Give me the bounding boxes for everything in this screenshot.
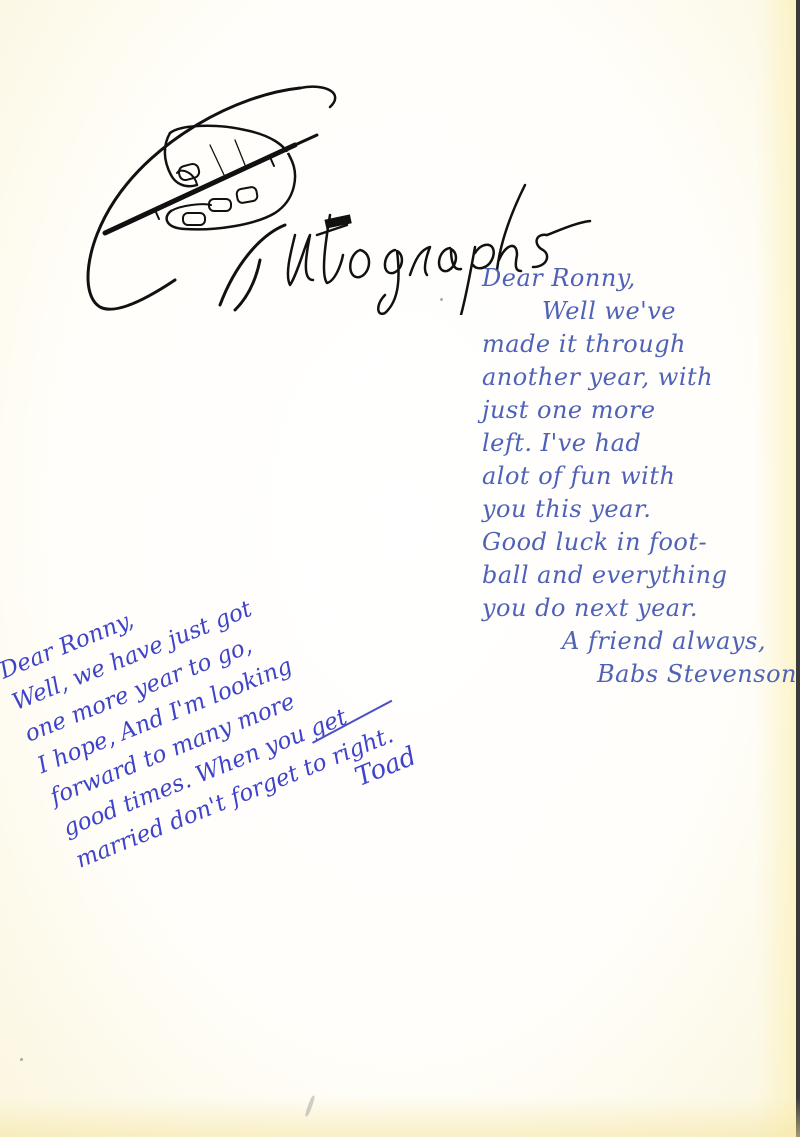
- note-line: Good luck in foot-: [482, 526, 800, 559]
- yearbook-page: Autographs: [0, 0, 800, 1137]
- paper-speck: [20, 1058, 23, 1061]
- note-line: made it through: [482, 328, 800, 361]
- note-line: another year, with: [482, 361, 800, 394]
- note-line: you do next year.: [482, 592, 800, 625]
- autograph-note-toad: Dear Ronny, Well, we have just got one m…: [0, 499, 483, 903]
- note-closing: A friend always,: [482, 625, 800, 658]
- autograph-note-babs: Dear Ronny, Well we've made it through a…: [482, 262, 800, 691]
- note-signature: Babs Stevenson: [482, 658, 800, 691]
- note-line: you this year.: [482, 493, 800, 526]
- note-greeting: Dear Ronny,: [482, 262, 800, 295]
- note-line: alot of fun with: [482, 460, 800, 493]
- note-line: left. I've had: [482, 427, 800, 460]
- page-bottom-stain: [0, 1097, 800, 1137]
- note-line: just one more: [482, 394, 800, 427]
- note-line: Well we've: [482, 295, 800, 328]
- note-line: ball and everything: [482, 559, 800, 592]
